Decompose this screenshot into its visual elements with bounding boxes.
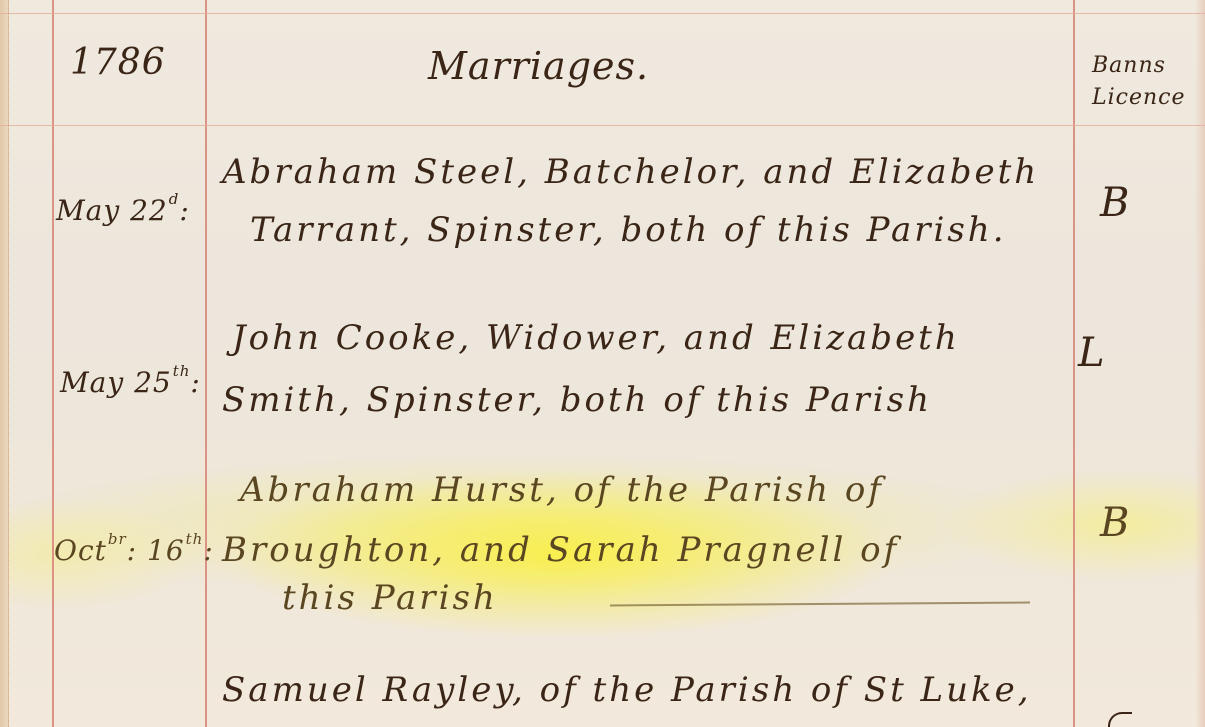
date-text: Oct — [54, 534, 107, 567]
margin-rule — [52, 0, 54, 727]
header-rule — [0, 125, 1205, 126]
entry-line: Smith, Spinster, both of this Parish — [222, 380, 932, 420]
banns-licence-mark: L — [1078, 330, 1106, 376]
date-day: : 16 — [127, 534, 185, 567]
banns-licence-mark: B — [1100, 180, 1130, 226]
column-header-banns: Banns — [1092, 52, 1166, 80]
date-colon: : — [203, 534, 213, 567]
date-colon: : — [179, 194, 189, 227]
entry-line: Abraham Hurst, of the Parish of — [240, 470, 884, 510]
line-filler-stroke — [610, 602, 1030, 607]
entry-line: this Parish — [282, 578, 498, 618]
date-text: May 25 — [60, 366, 172, 399]
date-column-rule — [205, 0, 207, 727]
column-header-licence: Licence — [1092, 84, 1186, 112]
register-page: 1786 Marriages. Banns Licence May 22d: A… — [0, 0, 1205, 727]
entry-line: Broughton, and Sarah Pragnell of — [222, 530, 899, 570]
entry-line: Tarrant, Spinster, both of this Parish. — [250, 210, 1007, 250]
banns-licence-mark-partial — [1108, 712, 1132, 727]
entry-date: May 22d: — [56, 190, 190, 227]
top-rule — [0, 13, 1205, 14]
register-year: 1786 — [70, 42, 166, 83]
entry-line: John Cooke, Widower, and Elizabeth — [232, 318, 960, 358]
entry-line: Abraham Steel, Batchelor, and Elizabeth — [222, 152, 1039, 192]
entry-line: Samuel Rayley, of the Parish of St Luke, — [222, 670, 1032, 710]
date-suffix: th — [186, 530, 204, 548]
entry-date: Octbr: 16th: — [54, 530, 214, 567]
date-suffix: d — [169, 190, 180, 208]
entry-date: May 25th: — [60, 362, 201, 399]
date-text: May 22 — [56, 194, 168, 227]
banns-licence-mark: B — [1100, 500, 1130, 546]
banns-column-rule — [1073, 0, 1075, 727]
date-colon: : — [190, 366, 200, 399]
date-suffix: br — [108, 530, 127, 548]
date-suffix: th — [173, 362, 191, 380]
page-edge — [1195, 0, 1205, 727]
page-title: Marriages. — [428, 44, 649, 88]
binding-edge — [0, 0, 9, 727]
